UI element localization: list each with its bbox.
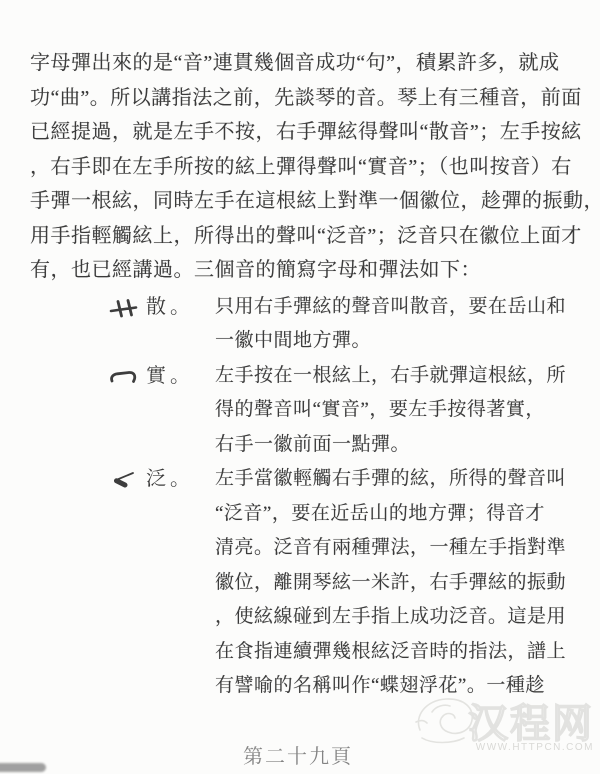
- paragraph-line: 字母彈出來的是“音”連貫幾個音成功“句”，積累許多，就成: [30, 46, 576, 81]
- desc-line: 清亮。泛音有兩種彈法，一種左手指對準: [215, 531, 575, 566]
- paragraph-line: 有，也已經講過。三個音的簡寫字母和彈法如下：: [30, 253, 576, 288]
- paragraph-line: 功“曲”。所以講指法之前，先談琴的音。琴上有三種音，前面: [30, 81, 576, 116]
- desc-line: 得的聲音叫“實音”，要左手按得著實，: [215, 393, 575, 428]
- desc-line: ，使絃線碰到左手指上成功泛音。這是用: [215, 600, 575, 635]
- page-number: 第二十九頁: [243, 740, 353, 769]
- desc-line: 在食指連續彈幾根絃泛音時的指法，譜上: [215, 635, 575, 670]
- notation-desc-san: 只用右手彈絃的聲音叫散音，要在岳山和 一徽中間地方彈。: [215, 290, 575, 359]
- notation-label-shi: 實。: [146, 359, 215, 394]
- desc-line: 徽位，離開琴絃一米許，右手彈絃的振動: [215, 566, 575, 601]
- watermark-url-text: WWW.HTTPCN.COM: [476, 742, 594, 753]
- desc-line: 右手一徽前面一點彈。: [215, 428, 575, 463]
- desc-line: 左手當徽輕觸右手彈的絃，所得的聲音叫: [215, 462, 575, 497]
- desc-line: 只用右手彈絃的聲音叫散音，要在岳山和: [215, 290, 575, 325]
- paragraph-line: 手彈一根絃，同時左手在這根絃上對準一個徽位，趁彈的振動，: [30, 184, 576, 219]
- scanned-book-page: 字母彈出來的是“音”連貫幾個音成功“句”，積累許多，就成 功“曲”。所以講指法之…: [0, 0, 600, 774]
- paragraph-line: 已經提過，就是左手不按，右手彈絃得聲叫“散音”；左手按絃: [30, 115, 576, 150]
- notation-label-fan: 泛。: [146, 462, 215, 497]
- desc-line: 一徽中間地方彈。: [215, 324, 575, 359]
- page-content: 字母彈出來的是“音”連貫幾個音成功“句”，積累許多，就成 功“曲”。所以講指法之…: [30, 46, 576, 704]
- notation-desc-fan: 左手當徽輕觸右手彈的絃，所得的聲音叫 “泛音”，要在近岳山的地方彈；得音才 清亮…: [215, 462, 575, 704]
- notation-entry-san: 散。 只用右手彈絃的聲音叫散音，要在岳山和 一徽中間地方彈。: [30, 290, 576, 359]
- notation-label-san: 散。: [146, 290, 215, 325]
- guqin-shi-notation-icon: [108, 359, 146, 389]
- guqin-san-notation-icon: [108, 290, 146, 320]
- paragraph-line: 用手指輕觸絃上，所得出的聲叫“泛音”；泛音只在徽位上面才: [30, 219, 576, 254]
- notation-desc-shi: 左手按在一根絃上，右手就彈這根絃，所 得的聲音叫“實音”，要左手按得著實， 右手…: [215, 359, 575, 463]
- notation-entry-shi: 實。 左手按在一根絃上，右手就彈這根絃，所 得的聲音叫“實音”，要左手按得著實，…: [30, 359, 576, 463]
- desc-line: 有譬喻的名稱叫作“蝶翅浮花”。一種趁: [215, 669, 575, 704]
- desc-line: “泛音”，要在近岳山的地方彈；得音才: [215, 497, 575, 532]
- scan-smudge-artifact: [0, 763, 46, 772]
- guqin-fan-notation-icon: [108, 462, 146, 492]
- intro-paragraph: 字母彈出來的是“音”連貫幾個音成功“句”，積累許多，就成 功“曲”。所以講指法之…: [30, 46, 576, 288]
- desc-line: 左手按在一根絃上，右手就彈這根絃，所: [215, 359, 575, 394]
- notation-list: 散。 只用右手彈絃的聲音叫散音，要在岳山和 一徽中間地方彈。 實。 左手按在一根…: [30, 290, 576, 704]
- notation-entry-fan: 泛。 左手當徽輕觸右手彈的絃，所得的聲音叫 “泛音”，要在近岳山的地方彈；得音才…: [30, 462, 576, 704]
- paragraph-line: ，右手即在左手所按的絃上彈得聲叫“實音”；（也叫按音）右: [30, 150, 576, 185]
